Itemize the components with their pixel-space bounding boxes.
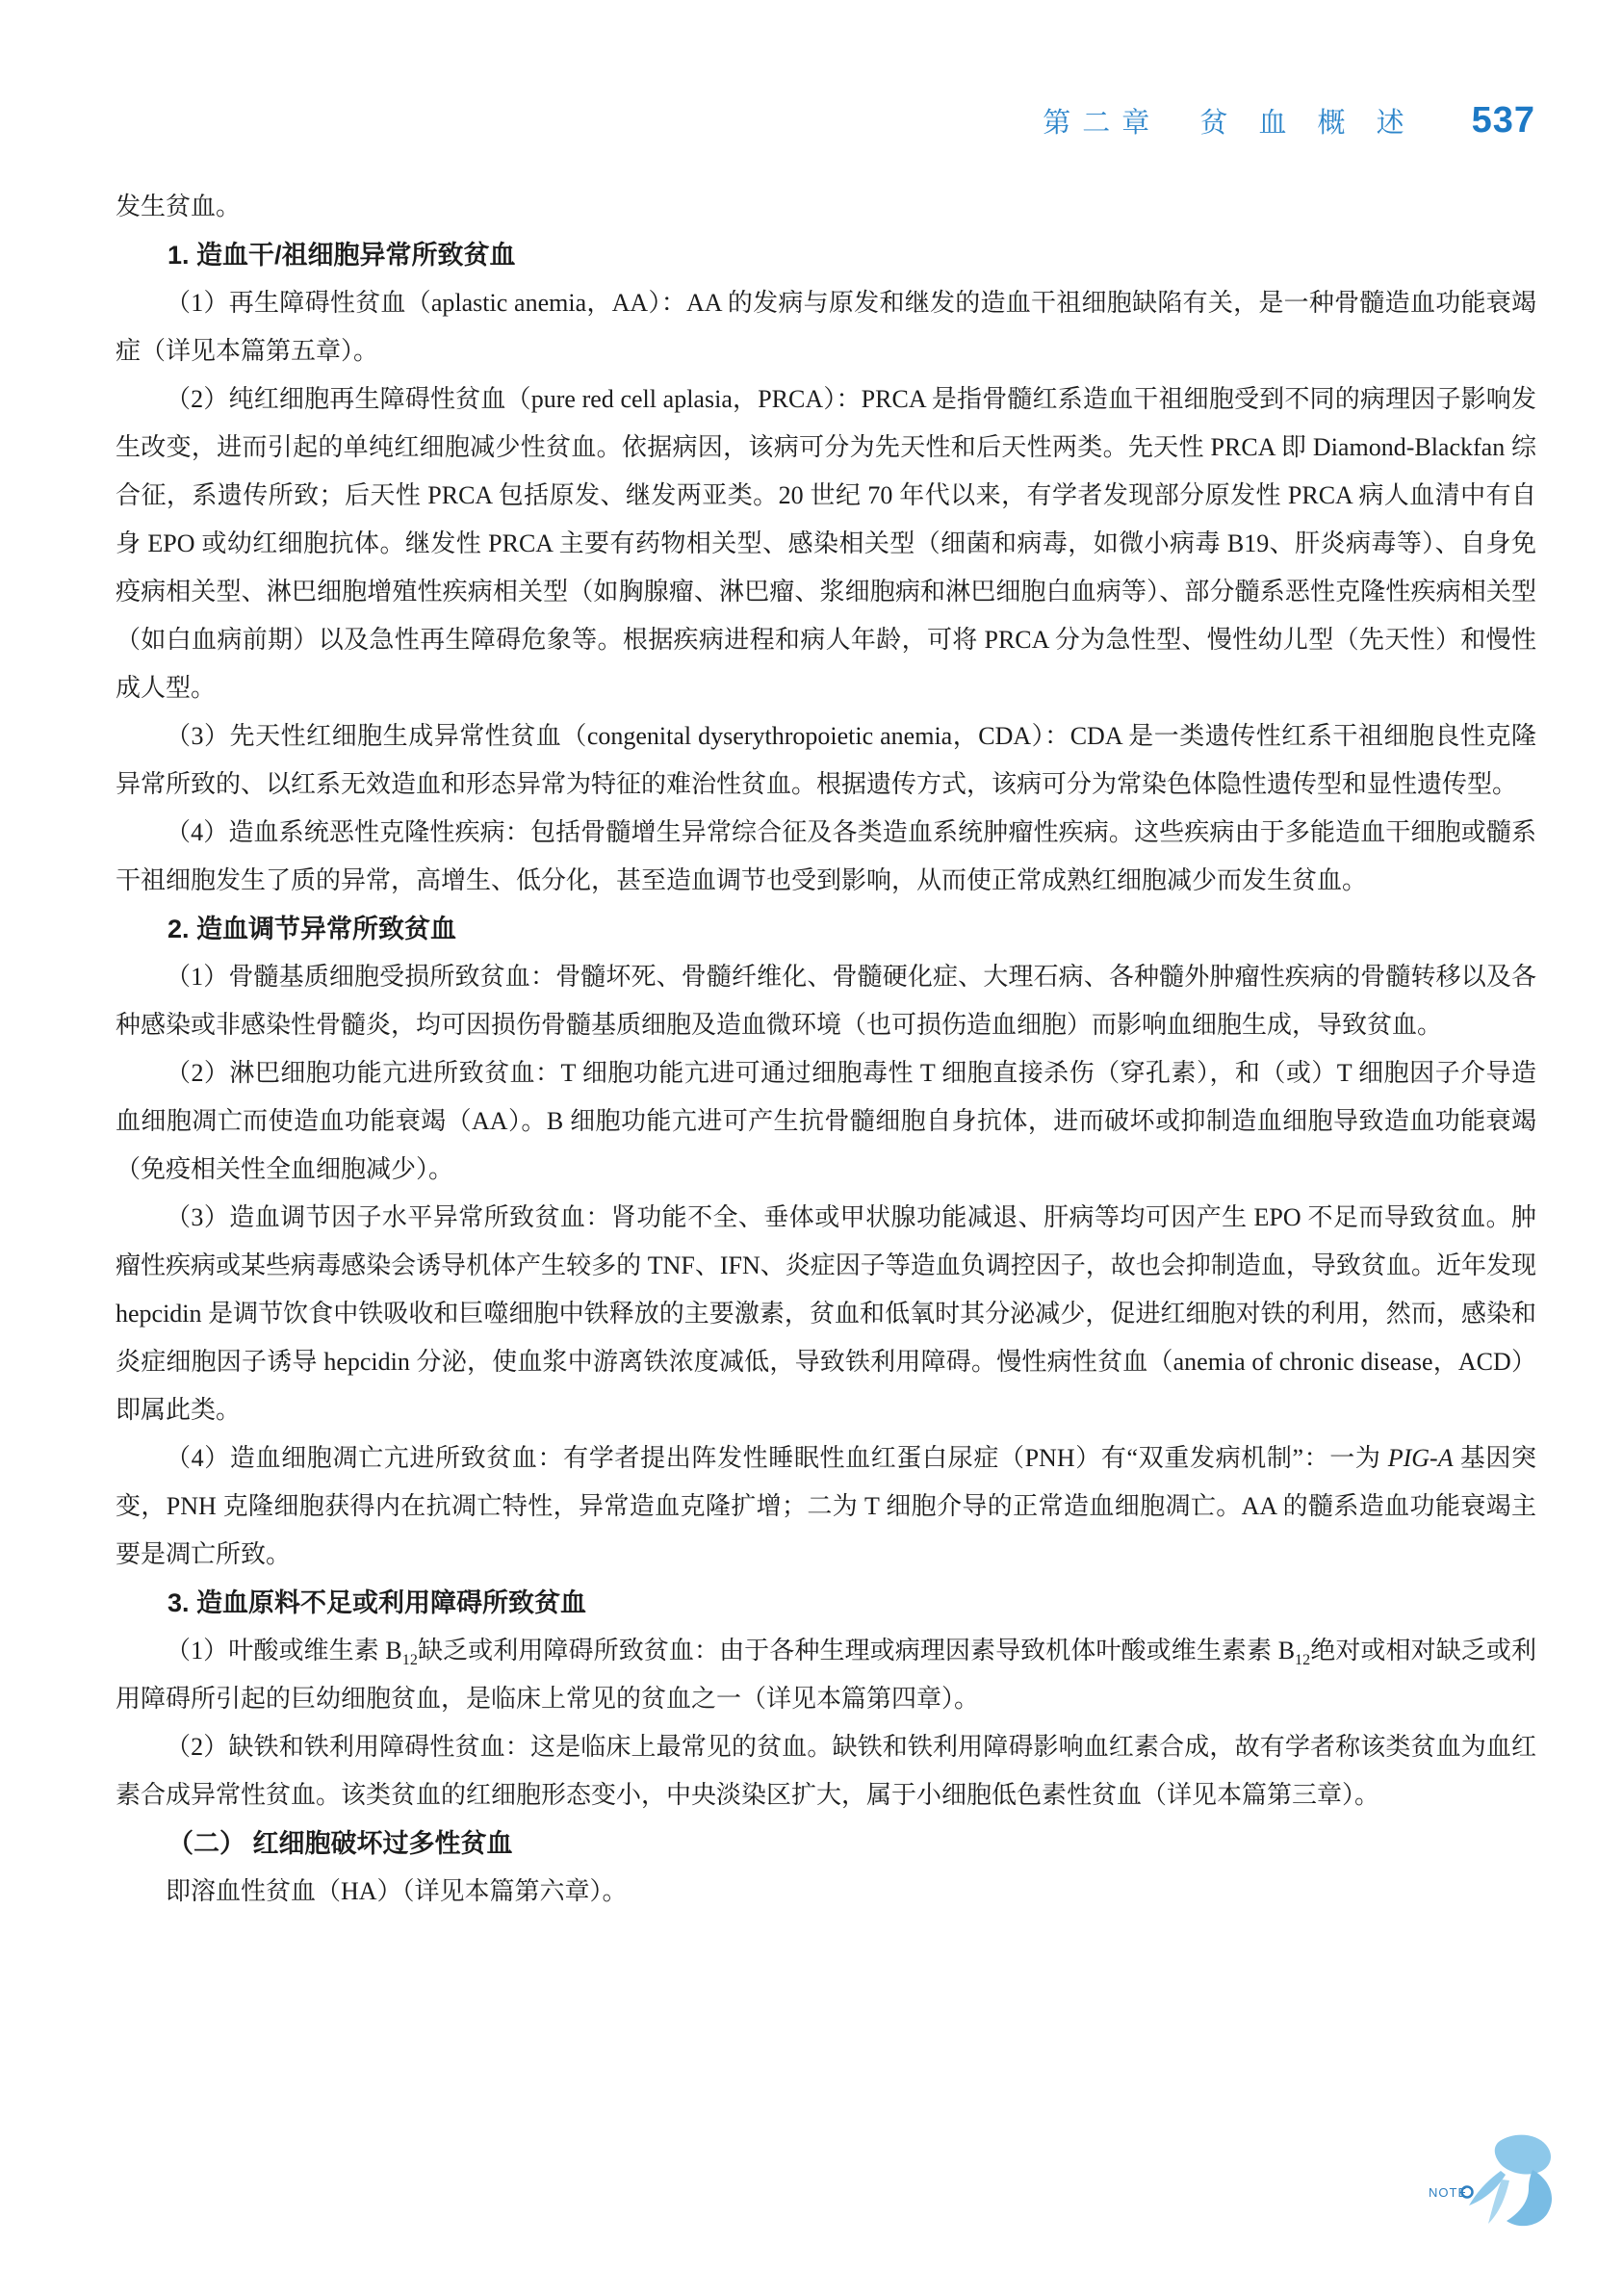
chapter-title: 第二章 贫 血 概 述 [1043,101,1415,141]
text-run: （2）纯红细胞再生障碍性贫血（pure red cell aplasia，PRC… [116,385,1536,702]
text-run: （3）先天性红细胞生成异常性贫血（congenital dyserythropo… [116,722,1536,798]
section-heading: 1. 造血干/祖细胞异常所致贫血 [116,231,1536,279]
paragraph: （4）造血系统恶性克隆性疾病：包括骨髓增生异常综合征及各类造血系统肿瘤性疾病。这… [116,809,1536,905]
text-run: 缺乏或利用障碍所致贫血：由于各种生理或病理因素导致机体叶酸或维生素素 B [418,1637,1295,1664]
paragraph: （3）先天性红细胞生成异常性贫血（congenital dyserythropo… [116,712,1536,809]
paragraph: （3）造血调节因子水平异常所致贫血：肾功能不全、垂体或甲状腺功能减退、肝病等均可… [116,1194,1536,1434]
paragraph: （4）造血细胞凋亡亢进所致贫血：有学者提出阵发性睡眠性血红蛋白尿症（PNH）有“… [116,1434,1536,1579]
text-run: （1）骨髓基质细胞受损所致贫血：骨髓坏死、骨髓纤维化、骨髓硬化症、大理石病、各种… [116,963,1536,1039]
section-heading: （二） 红细胞破坏过多性贫血 [116,1819,1536,1868]
section-heading: 3. 造血原料不足或利用障碍所致贫血 [116,1579,1536,1627]
text-run: PIG-A [1388,1444,1454,1472]
page-header: 第二章 贫 血 概 述 537 [1043,100,1535,142]
text-run: 即溶血性贫血（HA）（详见本篇第六章）。 [166,1877,628,1905]
page-number: 537 [1472,100,1535,142]
text-run: （1）再生障碍性贫血（aplastic anemia，AA）：AA 的发病与原发… [116,289,1536,365]
text-run: （4）造血细胞凋亡亢进所致贫血：有学者提出阵发性睡眠性血红蛋白尿症（PNH）有“… [166,1444,1388,1472]
paragraph: 即溶血性贫血（HA）（详见本篇第六章）。 [116,1868,1536,1916]
text-run: 2. 造血调节异常所致贫血 [167,915,456,943]
text-run: （1）叶酸或维生素 B [166,1637,402,1664]
text-run: 1. 造血干/祖细胞异常所致贫血 [167,241,516,270]
text-run: （2）缺铁和铁利用障碍性贫血：这是临床上最常见的贫血。缺铁和铁利用障碍影响血红素… [116,1733,1536,1809]
paragraph: 发生贫血。 [116,183,1536,231]
text-run: （2）淋巴细胞功能亢进所致贫血：T 细胞功能亢进可通过细胞毒性 T 细胞直接杀伤… [116,1059,1536,1183]
note-logo: NOTE [1425,2128,1579,2233]
text-run: 12 [402,1652,418,1668]
section-heading: 2. 造血调节异常所致贫血 [116,905,1536,953]
page-content: 发生贫血。1. 造血干/祖细胞异常所致贫血（1）再生障碍性贫血（aplastic… [116,183,1536,1916]
book-page: { "header": { "chapter_title": "第二章 贫 血 … [0,0,1623,2296]
text-run: （二） 红细胞破坏过多性贫血 [167,1829,513,1858]
paragraph: （1）再生障碍性贫血（aplastic anemia，AA）：AA 的发病与原发… [116,279,1536,375]
paragraph: （2）缺铁和铁利用障碍性贫血：这是临床上最常见的贫血。缺铁和铁利用障碍影响血红素… [116,1723,1536,1819]
text-run: （3）造血调节因子水平异常所致贫血：肾功能不全、垂体或甲状腺功能减退、肝病等均可… [116,1203,1536,1424]
text-run: （4）造血系统恶性克隆性疾病：包括骨髓增生异常综合征及各类造血系统肿瘤性疾病。这… [116,818,1536,894]
paragraph: （2）淋巴细胞功能亢进所致贫血：T 细胞功能亢进可通过细胞毒性 T 细胞直接杀伤… [116,1049,1536,1194]
paragraph: （1）骨髓基质细胞受损所致贫血：骨髓坏死、骨髓纤维化、骨髓硬化症、大理石病、各种… [116,953,1536,1049]
paragraph: （1）叶酸或维生素 B12缺乏或利用障碍所致贫血：由于各种生理或病理因素导致机体… [116,1627,1536,1723]
brush-figure-icon: NOTE [1425,2128,1579,2233]
text-run: 发生贫血。 [116,193,241,220]
text-run: 3. 造血原料不足或利用障碍所致贫血 [167,1588,586,1617]
paragraph: （2）纯红细胞再生障碍性贫血（pure red cell aplasia，PRC… [116,375,1536,712]
note-word: NOTE [1429,2185,1467,2200]
text-run: 12 [1295,1652,1310,1668]
